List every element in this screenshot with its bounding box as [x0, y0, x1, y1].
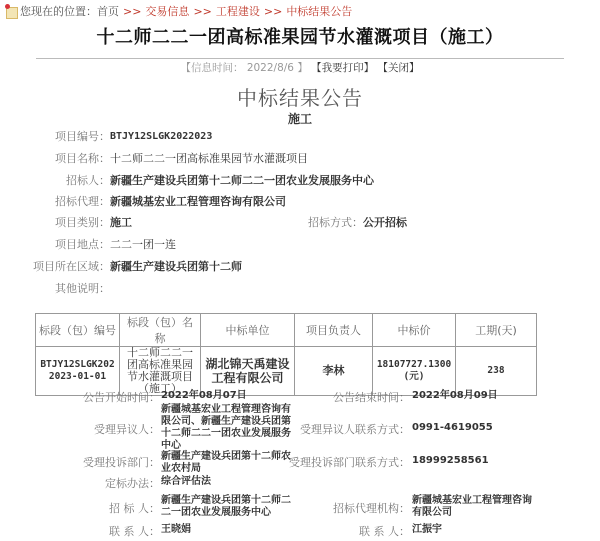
breadcrumb-prefix: 您现在的位置：	[20, 3, 97, 19]
location-pin-icon	[4, 4, 18, 18]
project-location-value: 二二一团一连	[110, 236, 176, 252]
bid-method-value: 公开招标	[363, 214, 407, 230]
info-time-value: 2022/8/6	[247, 62, 294, 74]
end-time-label: 公告结束时间：	[300, 389, 410, 405]
breadcrumb-separator: >>	[123, 5, 141, 18]
project-category-row: 项目类别： 施工	[0, 214, 132, 230]
start-time-value: 2022年08月07日	[161, 390, 247, 402]
agency-row: 招标代理： 新疆城基宏业工程管理咨询有限公司	[0, 193, 286, 209]
objection-receiver-label: 受理异议人：	[0, 421, 160, 437]
start-time-label: 公告开始时间：	[0, 389, 160, 405]
breadcrumb-award-result[interactable]: 中标结果公告	[286, 3, 352, 19]
col-lot-number: 标段（包）编号	[36, 314, 120, 347]
info-time-close: 】	[297, 62, 308, 74]
agency-contact-label: 联 系 人：	[300, 523, 410, 539]
project-region-row: 项目所在区域： 新疆生产建设兵团第十二师	[0, 258, 242, 274]
agency-footer-value: 新疆城基宏业工程管理咨询有限公司	[412, 495, 537, 519]
complaint-dept-label: 受理投诉部门：	[0, 454, 160, 470]
breadcrumb-trade-info[interactable]: 交易信息	[145, 3, 189, 19]
tenderer-footer-value: 新疆生产建设兵团第十二师二二一团农业发展服务中心	[161, 495, 291, 519]
announcement-title: 中标结果公告	[0, 82, 600, 111]
tenderer-value: 新疆生产建设兵团第十二师二二一团农业发展服务中心	[110, 172, 374, 188]
objection-contact-value: 0991-4619055	[412, 422, 493, 434]
project-category-label: 项目类别：	[0, 214, 110, 230]
col-winning-bidder: 中标单位	[201, 314, 295, 347]
breadcrumb-separator: >>	[264, 5, 282, 18]
tenderer-contact-value: 王晓娟	[161, 524, 191, 536]
bid-method-label: 招标方式：	[308, 214, 363, 230]
agency-value: 新疆城基宏业工程管理咨询有限公司	[110, 193, 286, 209]
objection-receiver-value: 新疆城基宏业工程管理咨询有限公司、新疆生产建设兵团第十二师二二一团农业发展服务中…	[161, 404, 291, 452]
col-winning-price: 中标价	[373, 314, 456, 347]
col-duration: 工期(天)	[456, 314, 537, 347]
agency-footer-label: 招标代理机构：	[300, 500, 410, 516]
info-time-label: 【信息时间：	[180, 62, 243, 74]
project-location-row: 项目地点： 二二一团一连	[0, 236, 176, 252]
project-number-value: BTJY12SLGK2022023	[110, 131, 212, 142]
project-region-value: 新疆生产建设兵团第十二师	[110, 258, 242, 274]
col-project-manager: 项目负责人	[295, 314, 373, 347]
complaint-dept-value: 新疆生产建设兵团第十二师农业农村局	[161, 451, 291, 475]
agency-label: 招标代理：	[0, 193, 110, 209]
bid-method-row: 招标方式： 公开招标	[308, 214, 407, 230]
info-meta: 【信息时间： 2022/8/6 】 【我要打印】 【关闭】	[0, 60, 600, 75]
project-number-row: 项目编号： BTJY12SLGK2022023	[0, 128, 212, 144]
project-region-label: 项目所在区域：	[0, 258, 110, 274]
objection-contact-label: 受理异议人联系方式：	[300, 421, 410, 437]
breadcrumb-construction[interactable]: 工程建设	[216, 3, 260, 19]
close-button[interactable]: 【关闭】	[378, 62, 420, 74]
print-button[interactable]: 【我要打印】	[311, 62, 374, 74]
tenderer-label: 招标人：	[0, 172, 110, 188]
agency-contact-value: 江振宇	[412, 524, 442, 536]
table-header-row: 标段（包）编号 标段（包）名称 中标单位 项目负责人 中标价 工期(天)	[36, 314, 537, 347]
project-location-label: 项目地点：	[0, 236, 110, 252]
project-category-value: 施工	[110, 214, 132, 230]
tenderer-contact-label: 联 系 人：	[0, 523, 160, 539]
duration-cell: 238	[456, 347, 537, 396]
winning-bidder-cell: 湖北锦天禹建设工程有限公司	[201, 347, 295, 396]
page-title: 十二师二二一团高标准果园节水灌溉项目（施工）	[0, 23, 600, 49]
project-name-label: 项目名称：	[0, 150, 110, 166]
other-notes-label: 其他说明：	[0, 280, 110, 296]
announcement-subtitle: 施工	[0, 110, 600, 127]
end-time-value: 2022年08月09日	[412, 390, 498, 402]
award-method-value: 综合评估法	[161, 476, 211, 488]
breadcrumb-home[interactable]: 首页	[97, 3, 119, 19]
breadcrumb: 您现在的位置： 首页 >> 交易信息 >> 工程建设 >> 中标结果公告	[4, 3, 352, 19]
project-number-label: 项目编号：	[0, 128, 110, 144]
project-name-row: 项目名称： 十二师二二一团高标准果园节水灌溉项目	[0, 150, 308, 166]
title-divider	[36, 58, 564, 59]
other-notes-row: 其他说明：	[0, 280, 110, 296]
award-method-label: 定标办法：	[0, 475, 160, 491]
project-name-value: 十二师二二一团高标准果园节水灌溉项目	[110, 150, 308, 166]
tenderer-footer-label: 招 标 人：	[0, 500, 160, 516]
complaint-contact-label: 受理投诉部门联系方式：	[280, 454, 410, 470]
complaint-contact-value: 18999258561	[412, 455, 489, 467]
breadcrumb-separator: >>	[193, 5, 211, 18]
bid-result-table: 标段（包）编号 标段（包）名称 中标单位 项目负责人 中标价 工期(天) BTJ…	[35, 313, 537, 396]
col-lot-name: 标段（包）名称	[120, 314, 201, 347]
tenderer-row: 招标人： 新疆生产建设兵团第十二师二二一团农业发展服务中心	[0, 172, 374, 188]
